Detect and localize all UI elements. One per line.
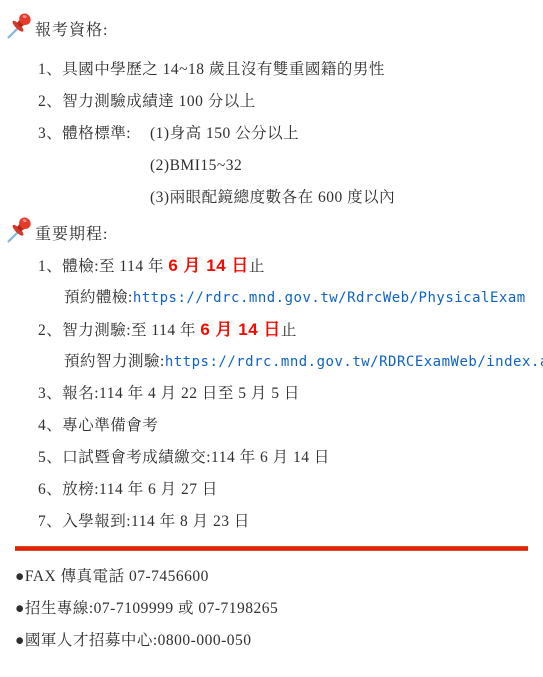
schedule-item-3: 3、報名:114 年 4 月 22 日至 5 月 5 日 [38,378,543,410]
contact-section: ●FAX 傳真電話 07-7456600 ●招生專線:07-7109999 或 … [0,561,543,657]
pushpin-icon [5,11,35,41]
pushpin-icon [5,215,35,245]
qualification-item-2: 2、智力測驗成績達 100 分以上 [38,86,543,118]
qualification-item-3-sub-2: (2)BMI15~32 [150,150,543,182]
iq-test-link[interactable]: https://rdrc.mnd.gov.tw/RDRCExamWeb/inde… [165,354,543,370]
iq-test-reservation-line: 預約智力測驗:https://rdrc.mnd.gov.tw/RDRCExamW… [64,346,543,378]
qualification-item-3-label: 3、體格標準: [38,118,150,150]
schedule-item-2-suffix: 止 [281,322,297,339]
qualification-item-3-sub-1: (1)身高 150 公分以上 [150,125,299,142]
schedule-item-4: 4、專心準備會考 [38,410,543,442]
qualification-item-3: 3、體格標準:(1)身高 150 公分以上 [38,118,543,150]
physical-exam-link-label: 預約體檢: [64,289,133,306]
hotline-line: ●招生專線:07-7109999 或 07-7198265 [15,593,543,625]
schedule-item-2: 2、智力測驗:至 114 年 6 月 14 日止 [38,314,543,346]
recruit-center-line: ●國軍人才招募中心:0800-000-050 [15,625,543,657]
schedule-item-6: 6、放榜:114 年 6 月 27 日 [38,474,543,506]
schedule-heading: 重要期程: [35,221,108,244]
qualification-item-1: 1、具國中學歷之 14~18 歲且沒有雙重國籍的男性 [38,54,543,86]
iq-test-link-label: 預約智力測驗: [64,353,165,370]
schedule-item-5: 5、口試暨會考成績繳交:114 年 6 月 14 日 [38,442,543,474]
schedule-item-1-suffix: 止 [249,258,265,275]
schedule-item-1: 1、體檢:至 114 年 6 月 14 日止 [38,250,543,282]
red-divider [15,546,528,551]
document-page: 報考資格: 1、具國中學歷之 14~18 歲且沒有雙重國籍的男性 2、智力測驗成… [0,0,543,677]
schedule-item-1-deadline: 6 月 14 日 [168,256,249,275]
schedule-heading-row: 重要期程: [5,214,543,250]
schedule-item-2-text: 2、智力測驗:至 114 年 [38,322,200,339]
qualifications-heading-row: 報考資格: [5,10,543,46]
fax-line: ●FAX 傳真電話 07-7456600 [15,561,543,593]
schedule-list: 1、體檢:至 114 年 6 月 14 日止 預約體檢:https://rdrc… [0,250,543,538]
physical-exam-reservation-line: 預約體檢:https://rdrc.mnd.gov.tw/RdrcWeb/Phy… [64,282,543,314]
schedule-item-1-text: 1、體檢:至 114 年 [38,258,168,275]
qualifications-list: 1、具國中學歷之 14~18 歲且沒有雙重國籍的男性 2、智力測驗成績達 100… [0,54,543,214]
schedule-item-7: 7、入學報到:114 年 8 月 23 日 [38,506,543,538]
qualifications-heading: 報考資格: [35,17,108,40]
qualification-item-3-sub-3: (3)兩眼配鏡總度數各在 600 度以內 [150,182,543,214]
physical-exam-link[interactable]: https://rdrc.mnd.gov.tw/RdrcWeb/Physical… [133,290,526,306]
schedule-item-2-deadline: 6 月 14 日 [200,320,281,339]
